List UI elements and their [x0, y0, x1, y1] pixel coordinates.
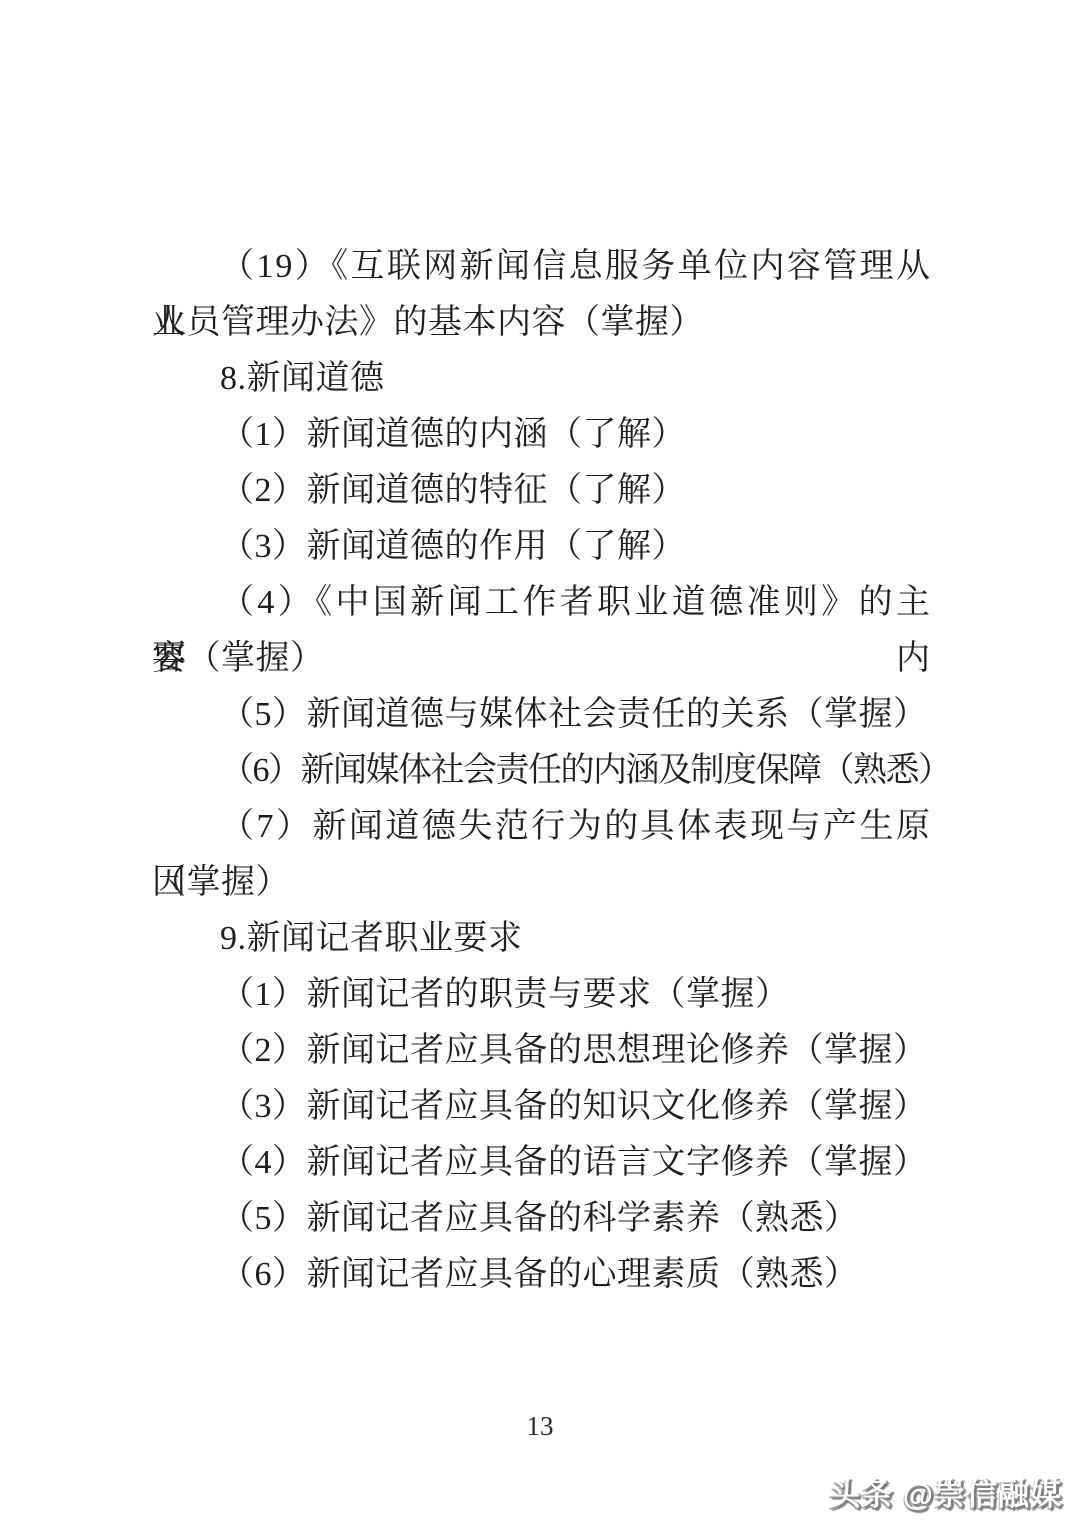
text-line: （19）《互联网新闻信息服务单位内容管理从业 [152, 239, 932, 295]
text-line: （6）新闻媒体社会责任的内涵及制度保障（熟悉） [152, 743, 932, 799]
text-line: （5）新闻记者应具备的科学素养（熟悉） [152, 1191, 932, 1247]
section-heading: 9.新闻记者职业要求 [152, 911, 932, 967]
text-line: （2）新闻道德的特征（了解） [152, 463, 932, 519]
text-line: （5）新闻道德与媒体社会责任的关系（掌握） [152, 687, 932, 743]
toutiao-watermark: 头条 @崇信融媒 [829, 1469, 1062, 1514]
page-number: 13 [0, 1408, 1080, 1444]
text-line: （7）新闻道德失范行为的具体表现与产生原因 [152, 799, 932, 855]
text-line: （3）新闻道德的作用（了解） [152, 519, 932, 575]
body-text: （19）《互联网新闻信息服务单位内容管理从业 人员管理办法》的基本内容（掌握） … [152, 239, 932, 1303]
text-line: （掌握） [152, 855, 932, 911]
document-page: （19）《互联网新闻信息服务单位内容管理从业 人员管理办法》的基本内容（掌握） … [0, 0, 1080, 1526]
text-line: （4）《中国新闻工作者职业道德准则》的主要内 [152, 575, 932, 631]
text-line: （1）新闻道德的内涵（了解） [152, 407, 932, 463]
text-line: （3）新闻记者应具备的知识文化修养（掌握） [152, 1079, 932, 1135]
text-line: （4）新闻记者应具备的语言文字修养（掌握） [152, 1135, 932, 1191]
text-line: （2）新闻记者应具备的思想理论修养（掌握） [152, 1023, 932, 1079]
text-line: （1）新闻记者的职责与要求（掌握） [152, 967, 932, 1023]
text-line: （6）新闻记者应具备的心理素质（熟悉） [152, 1247, 932, 1303]
section-heading: 8.新闻道德 [152, 351, 932, 407]
text-line: 人员管理办法》的基本内容（掌握） [152, 295, 932, 351]
